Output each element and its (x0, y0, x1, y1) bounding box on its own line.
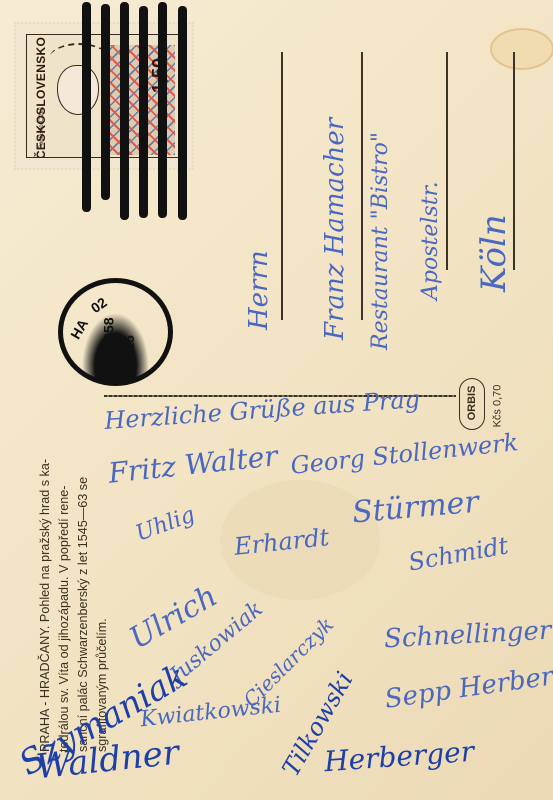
publisher-logo: ORBIS (459, 378, 485, 430)
signature: Stürmer (351, 485, 480, 531)
signature: Fritz Walter (107, 439, 279, 490)
address-line: Köln (474, 214, 514, 292)
signature: Uhlig (133, 502, 199, 546)
price: Kčs 0,70 (491, 385, 503, 428)
address-line: Franz Hamacher (320, 118, 350, 340)
caption-line: PRAHA - HRADČANY. Pohled na pražský hrad… (36, 459, 55, 752)
caption-line: tedrálou sv. Víta od jihozápadu. V popře… (55, 459, 74, 752)
greeting: Herzliche Grüße aus Prag (103, 385, 420, 435)
signature: Herberger (323, 735, 475, 778)
signature: Sepp Herberger (383, 655, 553, 715)
postcard-back: ČESKOSLOVENSKO Podlasko-Čížek 1,50 HA 02… (0, 0, 553, 800)
postmark-number: 02 (88, 294, 110, 316)
folk-costume-woman-icon (57, 65, 99, 115)
postmark-time: 15 (121, 335, 137, 351)
signature: Schnellinger (383, 616, 552, 655)
stamp-artist: Podlasko-Čížek (39, 103, 45, 153)
address-line: Herrn (244, 250, 274, 330)
postmark: HA 02 1958 15 (58, 278, 173, 386)
water-stain (490, 28, 553, 70)
signature: Georg Stollenwerk (289, 428, 519, 480)
postmark-city: HA (67, 316, 91, 342)
postmark-year: 1958 (101, 317, 117, 348)
address-line: Apostelstr. (418, 181, 443, 300)
signature: Schmidt (406, 531, 510, 576)
address-line: Restaurant "Bistro" (368, 132, 393, 350)
